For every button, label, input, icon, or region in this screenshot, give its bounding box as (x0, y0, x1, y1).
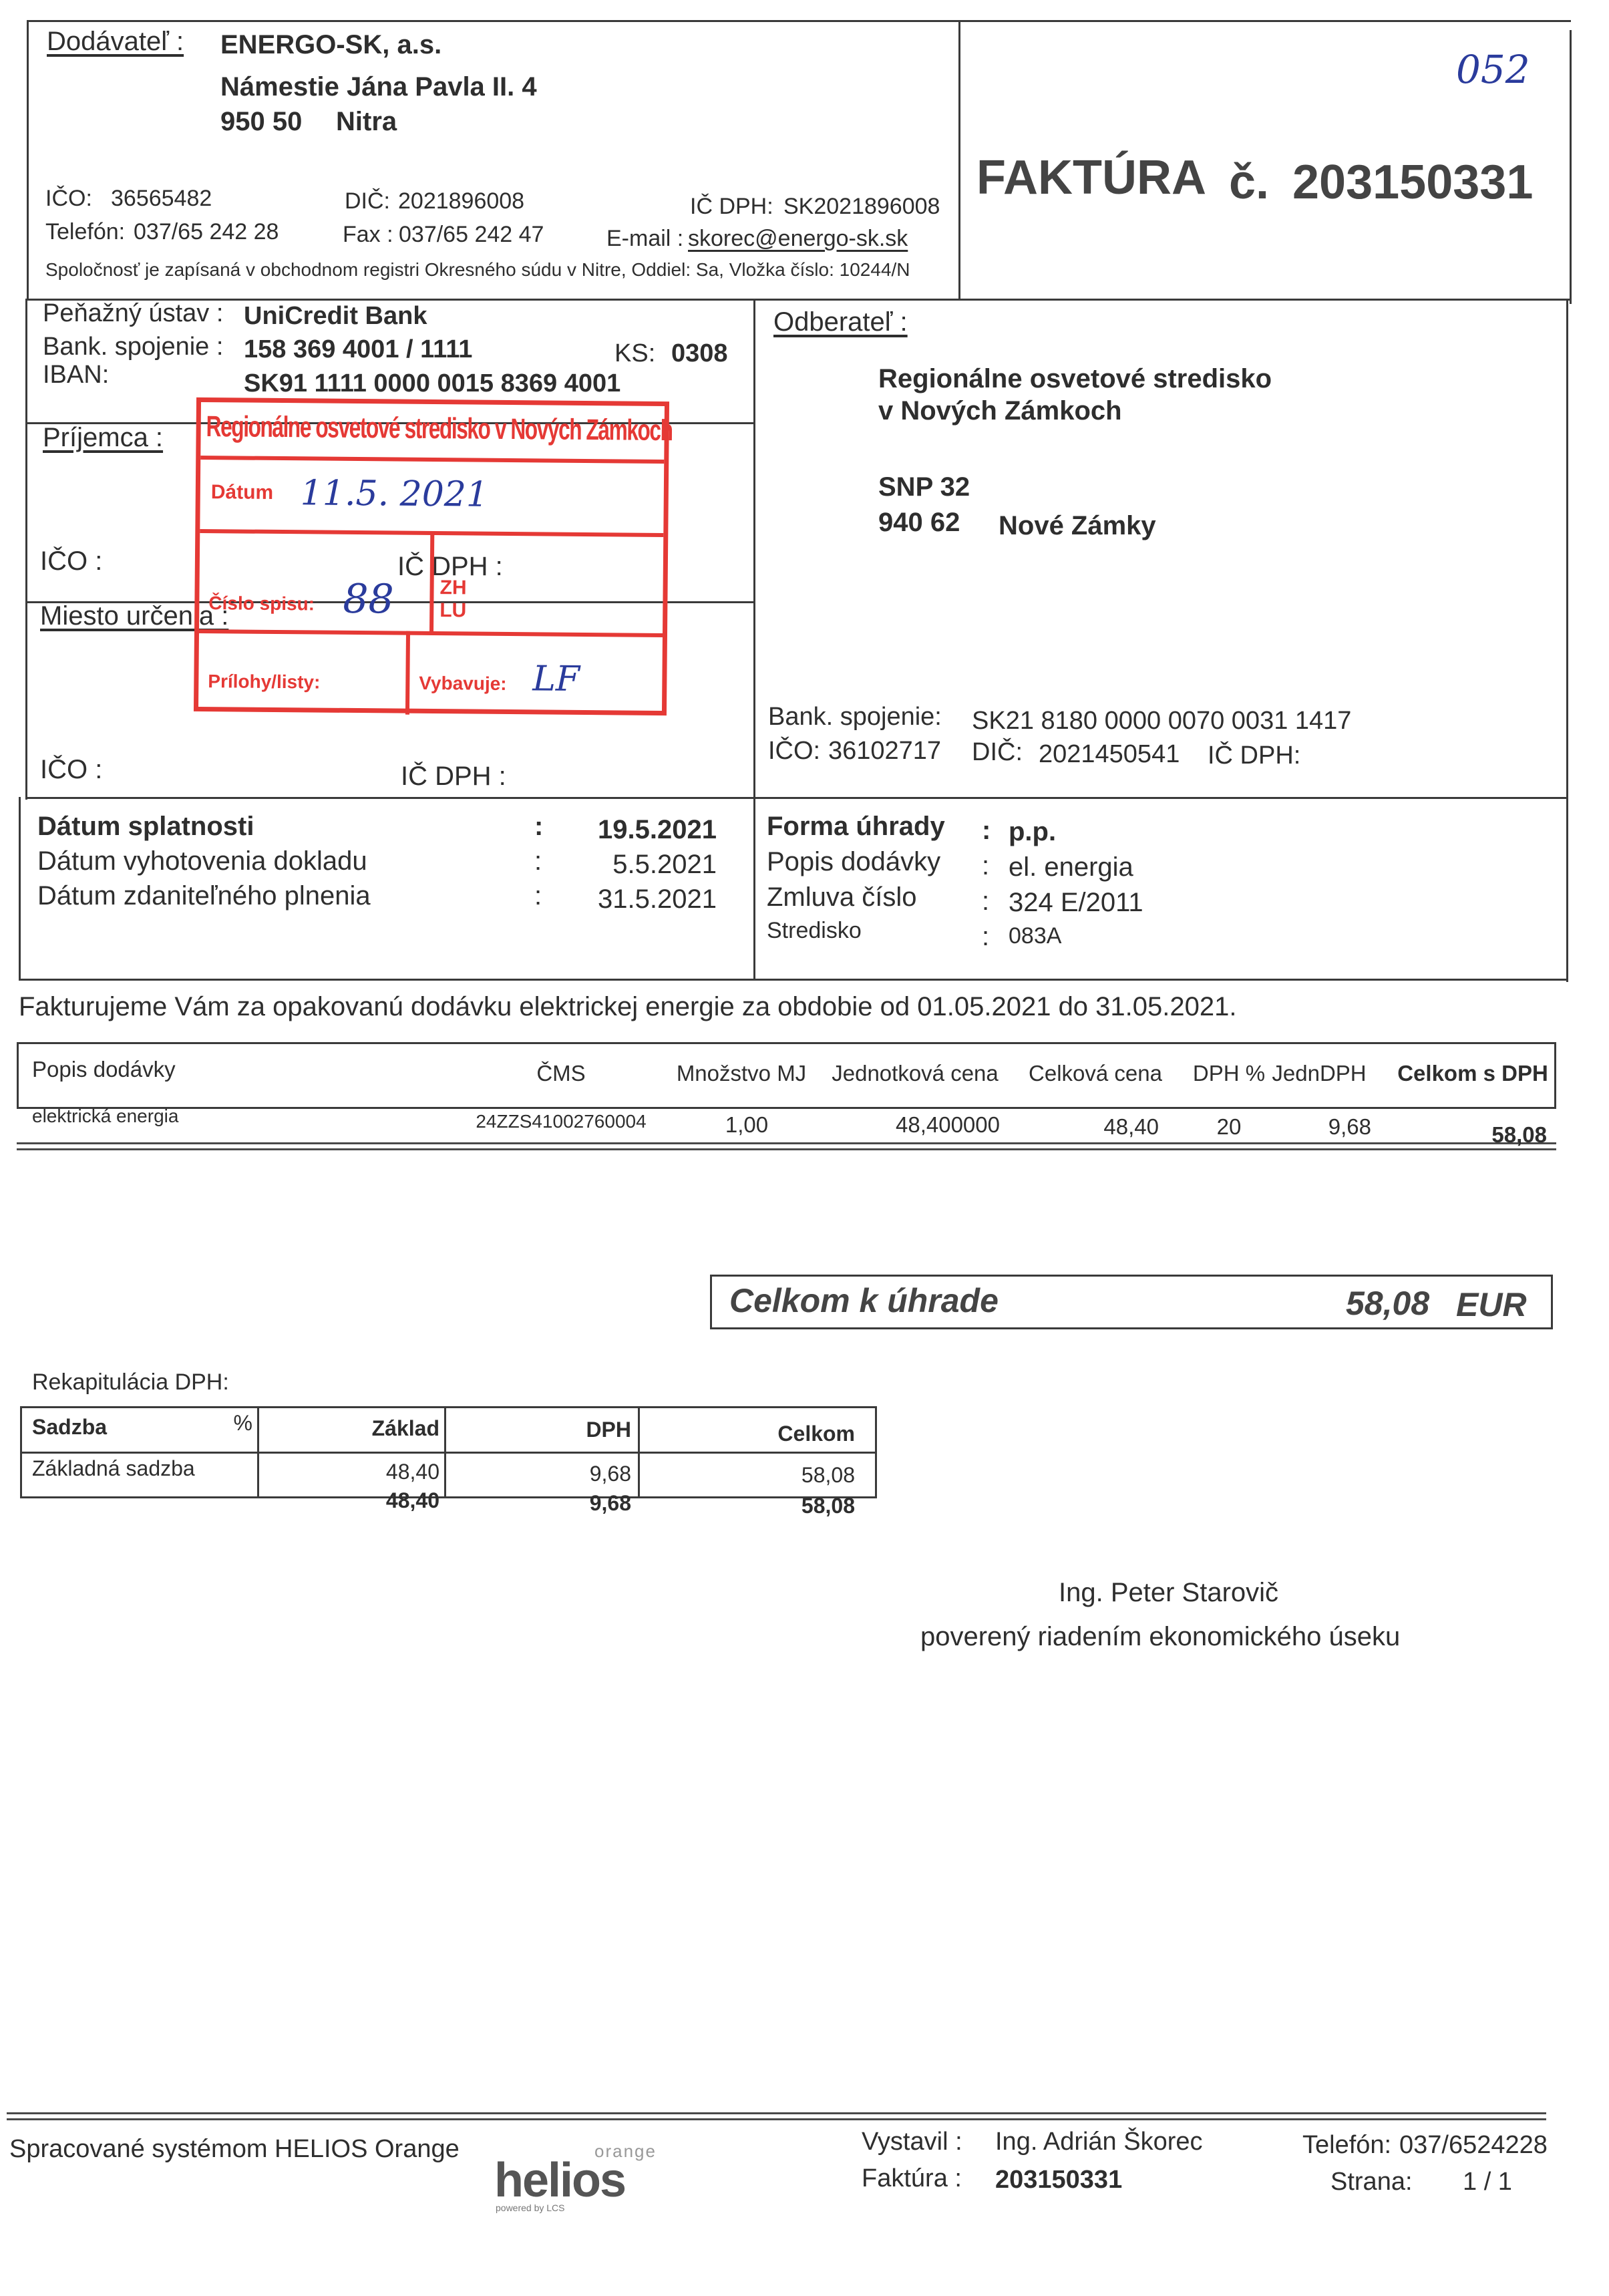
items-cell: 1,00 (725, 1112, 768, 1138)
bank-institution-label: Peňažný ústav : (43, 299, 223, 328)
left-border-top (27, 20, 29, 301)
stamp-line (200, 456, 664, 464)
vat-recap-col-line (257, 1406, 259, 1498)
vat-recap-total: 48,40 (386, 1488, 439, 1513)
vat-recap-header: Celkom (777, 1422, 855, 1446)
vat-recap-col-line (444, 1406, 446, 1498)
signatory-name: Ing. Peter Starovič (1059, 1578, 1278, 1608)
prijemca-ico-label: IČO : (40, 546, 102, 577)
items-header-cell: Jednotková cena (832, 1061, 999, 1086)
bank-iban: SK91 1111 0000 0015 8369 4001 (244, 369, 620, 398)
supplier-email-label: E-mail : (606, 226, 683, 252)
customer-street: SNP 32 (878, 472, 970, 502)
customer-name-line2: v Nových Zámkoch (878, 396, 1122, 426)
bank-iban-label: IBAN: (43, 361, 109, 389)
intro-text: Fakturujeme Vám za opakovanú dodávku ele… (19, 992, 1236, 1022)
helios-logo-powered: powered by LCS (496, 2202, 565, 2213)
vat-recap-row-line (20, 1452, 877, 1454)
customer-label: Odberateľ : (773, 307, 908, 337)
vat-recap-col-line (638, 1406, 640, 1498)
invoice-number: 203150331 (1292, 155, 1533, 210)
customer-ico-label: IČO: (768, 737, 820, 766)
date-value: 31.5.2021 (598, 884, 717, 915)
payment-label: Stredisko (767, 918, 862, 944)
vat-recap-total: 58,08 (801, 1494, 855, 1518)
customer-dic-label: DIČ: (972, 738, 1023, 767)
right-border-top (1570, 30, 1572, 304)
vat-recap-header: % (234, 1411, 252, 1436)
stamp-vybavuje-label: Vybavuje: (419, 673, 507, 695)
footer-invoice-number: 203150331 (995, 2166, 1122, 2194)
supplier-dic: 2021896008 (398, 188, 524, 214)
footer-page-label: Strana: (1330, 2168, 1413, 2196)
payment-label: Zmluva číslo (767, 882, 917, 913)
customer-bank-label: Bank. spojenie: (768, 703, 942, 731)
supplier-fax: 037/65 242 47 (399, 222, 544, 248)
footer-phone: 037/6524228 (1399, 2131, 1548, 2160)
stamp-prilohy-label: Prílohy/listy: (208, 671, 320, 693)
customer-name-line1: Regionálne osvetové stredisko (878, 364, 1272, 394)
date-label: Dátum vyhotovenia dokladu (37, 846, 367, 876)
supplier-fax-label: Fax : (343, 222, 393, 248)
invoice-number-prefix: č. (1229, 155, 1269, 210)
stamp-title: Regionálne osvetové stredisko v Nových Z… (206, 410, 672, 448)
supplier-icdph: SK2021896008 (783, 194, 940, 220)
payment-value: 083A (1009, 923, 1061, 949)
vat-recap-cell: 9,68 (590, 1462, 631, 1486)
date-value: 5.5.2021 (612, 850, 717, 880)
vat-recap-total: 9,68 (590, 1491, 631, 1516)
supplier-icdph-label: IČ DPH: (690, 194, 773, 220)
vat-recap-header: Sadzba (32, 1415, 107, 1440)
right-border-mid (1566, 301, 1568, 982)
bank-ks-label: KS: (614, 339, 655, 368)
items-cell: 9,68 (1328, 1114, 1371, 1140)
footer-page: 1 / 1 (1463, 2168, 1512, 2196)
vat-recap-title: Rekapitulácia DPH: (32, 1369, 229, 1396)
date-label: Dátum splatnosti (37, 812, 254, 842)
miesto-icdph-label: IČ DPH : (401, 762, 506, 792)
bank-institution: UniCredit Bank (244, 302, 427, 331)
bank-ks: 0308 (671, 339, 728, 368)
payment-value: el. energia (1009, 852, 1133, 882)
payment-colon: : (982, 886, 989, 917)
footer-line (7, 2112, 1546, 2120)
signatory-role: poverený riadením ekonomického úseku (920, 1622, 1400, 1652)
customer-ico: 36102717 (828, 737, 941, 766)
stamp-datum-value: 11.5. 2021 (301, 473, 489, 514)
stamp-cislo-value: 88 (343, 576, 394, 623)
miesto-ico-label: IČO : (40, 755, 102, 785)
footer-invoice-label: Faktúra : (862, 2164, 962, 2193)
customer-bank: SK21 8180 0000 0070 0031 1417 (972, 707, 1351, 735)
items-header-cell: Množstvo MJ (677, 1061, 806, 1086)
items-header-cell: JednDPH (1272, 1061, 1366, 1086)
supplier-ico: 36565482 (111, 186, 212, 212)
footer-issued-by: Ing. Adrián Škorec (995, 2128, 1203, 2156)
vat-recap-header: Základ (372, 1416, 439, 1441)
vat-recap-cell: 48,40 (386, 1460, 439, 1484)
supplier-phone-label: Telefón: (45, 219, 125, 245)
date-value: 19.5.2021 (598, 815, 717, 845)
stamp-vybavuje-value: LF (532, 659, 580, 699)
helios-logo: helios orange powered by LCS (494, 2141, 668, 2215)
top-border (27, 20, 1571, 22)
prijemca-label: Príjemca : (43, 423, 163, 453)
receipt-stamp: Regionálne osvetové stredisko v Nových Z… (194, 397, 669, 715)
top-divider (958, 20, 960, 301)
supplier-city: Nitra (336, 107, 397, 137)
customer-city: Nové Zámky (999, 511, 1156, 541)
vat-recap-cell: Základná sadzba (32, 1456, 195, 1481)
stamp-zh: ZH (439, 577, 466, 599)
supplier-dic-label: DIČ: (345, 188, 390, 214)
stamp-lu: LU (439, 599, 466, 622)
supplier-name: ENERGO-SK, a.s. (220, 30, 441, 60)
section2-bottom (25, 797, 1568, 799)
date-colon: : (534, 881, 542, 911)
footer-system-text: Spracované systémom HELIOS Orange (9, 2135, 460, 2164)
payment-colon: : (982, 851, 989, 881)
payment-label: Forma úhrady (767, 812, 945, 842)
items-header-cell: DPH % (1193, 1061, 1265, 1086)
bank-account: 158 369 4001 / 1111 (244, 335, 472, 364)
footer-phone-label: Telefón: (1302, 2131, 1391, 2160)
payment-label: Popis dodávky (767, 847, 940, 877)
payment-colon: : (982, 922, 989, 952)
stamp-line (405, 631, 410, 715)
items-cell: 24ZZS41002760004 (476, 1111, 646, 1132)
helios-logo-sub: orange (594, 2141, 657, 2162)
footer-issued-label: Vystavil : (862, 2128, 962, 2156)
invoice-title: FAKTÚRA (976, 150, 1206, 205)
customer-dic: 2021450541 (1039, 740, 1180, 769)
stamp-datum-label: Dátum (211, 481, 274, 504)
items-cell: elektrická energia (32, 1106, 178, 1127)
top-bottom-border (27, 299, 1571, 301)
vat-recap-cell: 58,08 (801, 1463, 855, 1488)
payment-value: 324 E/2011 (1009, 888, 1143, 918)
supplier-label: Dodávateľ : (47, 27, 184, 57)
items-cell: 20 (1217, 1114, 1242, 1140)
items-cell: 48,40 (1103, 1114, 1159, 1140)
total-label: Celkom k úhrade (729, 1281, 999, 1320)
date-label: Dátum zdaniteľného plnenia (37, 881, 371, 911)
vat-recap-header: DPH (586, 1418, 631, 1442)
items-header-cell: Celkom s DPH (1397, 1061, 1548, 1086)
bank-account-label: Bank. spojenie : (43, 333, 223, 361)
handwritten-number: 052 (1456, 47, 1530, 92)
total-currency: EUR (1456, 1285, 1527, 1324)
supplier-ico-label: IČO: (45, 186, 92, 212)
supplier-street: Námestie Jána Pavla II. 4 (220, 72, 537, 102)
supplier-email-link[interactable]: skorec@energo-sk.sk (688, 226, 908, 252)
stamp-cislo-label: Číslo spisu: (208, 593, 315, 615)
items-header-cell: Popis dodávky (32, 1057, 176, 1082)
items-header-cell: ČMS (536, 1061, 585, 1086)
customer-zip: 940 62 (878, 508, 960, 538)
total-amount: 58,08 (1346, 1284, 1429, 1323)
items-cell: 48,400000 (896, 1112, 1000, 1138)
date-colon: : (534, 846, 542, 876)
stamp-line (429, 531, 434, 631)
left-border-bottom (19, 797, 21, 981)
mid-divider (753, 299, 755, 980)
items-header-cell: Celková cena (1029, 1061, 1162, 1086)
section3-bottom (19, 979, 1568, 981)
date-colon: : (534, 812, 543, 842)
left-border-mid (25, 299, 27, 800)
supplier-phone: 037/65 242 28 (134, 219, 279, 245)
supplier-zip: 950 50 (220, 107, 302, 137)
customer-icdph-label: IČ DPH: (1208, 742, 1300, 770)
register-note: Spoločnosť je zapísaná v obchodnom regis… (45, 259, 910, 281)
items-footer-line (17, 1142, 1556, 1150)
payment-value: p.p. (1009, 817, 1056, 847)
payment-colon: : (982, 816, 991, 846)
items-cell: 58,08 (1491, 1122, 1547, 1148)
